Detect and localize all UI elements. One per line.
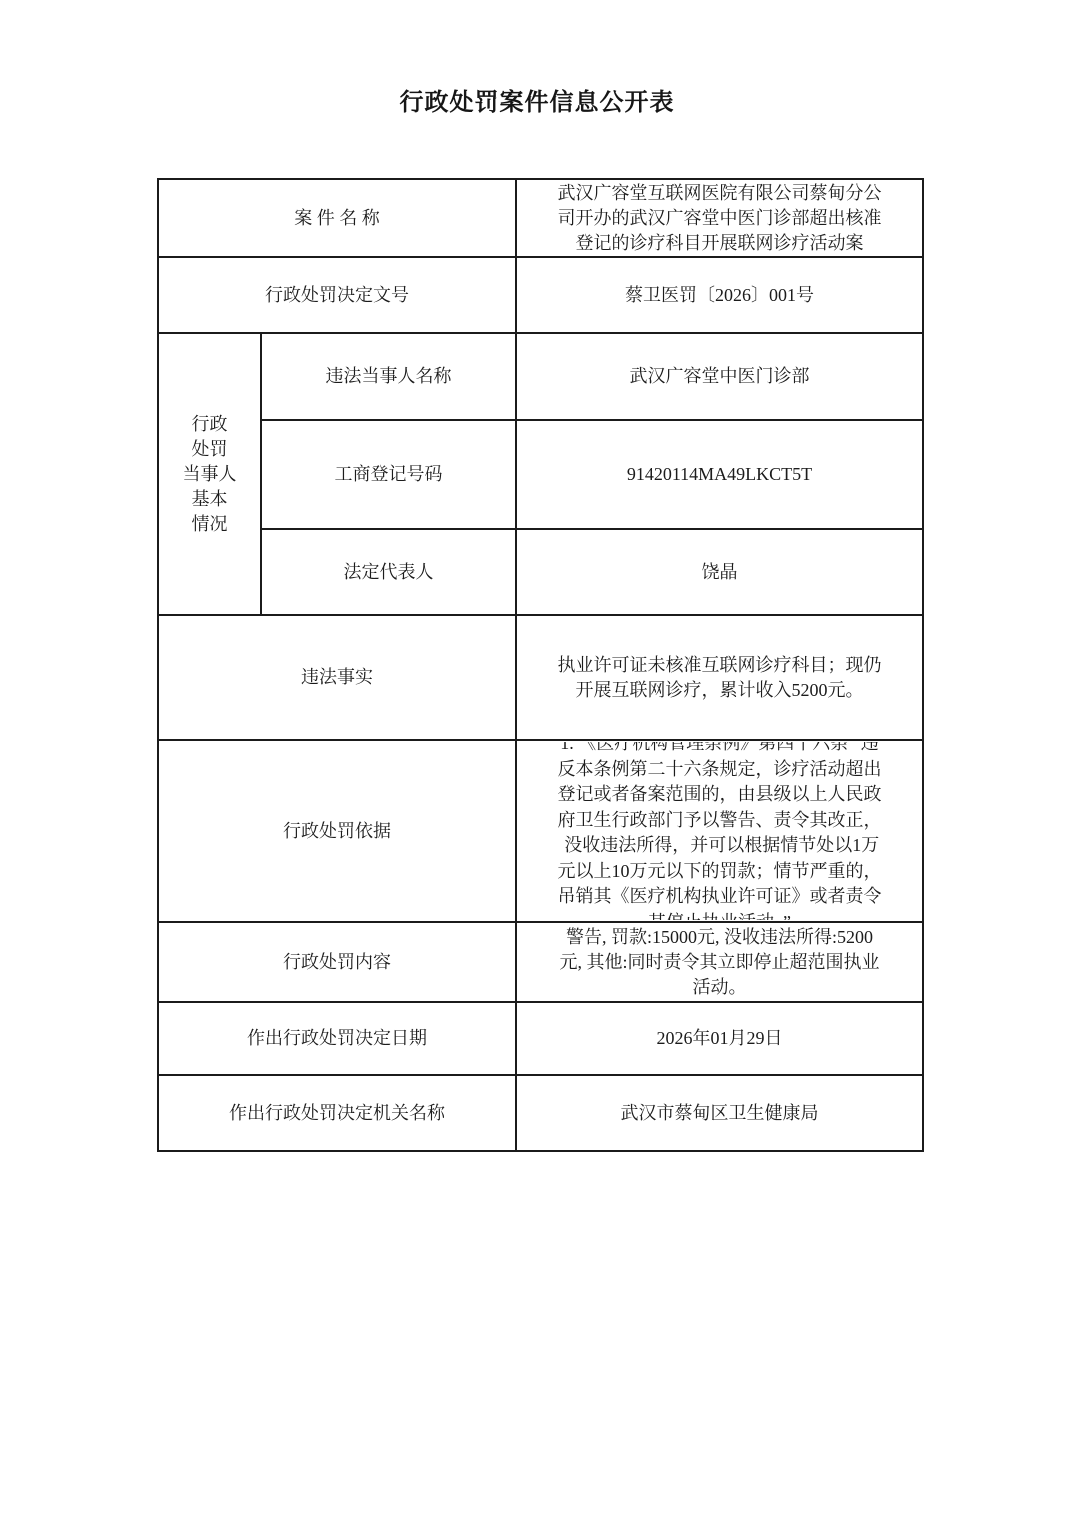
legal-rep-value: 饶晶 bbox=[516, 529, 923, 615]
party-name-label: 违法当事人名称 bbox=[261, 333, 516, 420]
table-row-decision-number: 行政处罚决定文号 蔡卫医罚〔2026〕001号 bbox=[158, 257, 923, 333]
table-row-illegal-facts: 违法事实 执业许可证未核准互联网诊疗科目；现仍 开展互联网诊疗，累计收入5200… bbox=[158, 615, 923, 740]
decision-authority-label: 作出行政处罚决定机关名称 bbox=[158, 1075, 516, 1151]
business-reg-no-value: 91420114MA49LKCT5T bbox=[516, 420, 923, 529]
penalty-info-table: 案 件 名 称 武汉广容堂互联网医院有限公司蔡甸分公 司开办的武汉广容堂中医门诊… bbox=[157, 178, 924, 1152]
penalty-content-value: 警告, 罚款:15000元, 没收违法所得:5200 元, 其他:同时责令其立即… bbox=[516, 922, 923, 1002]
penalty-basis-value: 1. 《医疗机构管理条例》第四十六条 “违 反本条例第二十六条规定，诊疗活动超出… bbox=[516, 740, 923, 922]
table-row-case-name: 案 件 名 称 武汉广容堂互联网医院有限公司蔡甸分公 司开办的武汉广容堂中医门诊… bbox=[158, 179, 923, 257]
illegal-facts-label: 违法事实 bbox=[158, 615, 516, 740]
table-row-decision-authority: 作出行政处罚决定机关名称 武汉市蔡甸区卫生健康局 bbox=[158, 1075, 923, 1151]
decision-date-value: 2026年01月29日 bbox=[516, 1002, 923, 1075]
case-name-value: 武汉广容堂互联网医院有限公司蔡甸分公 司开办的武汉广容堂中医门诊部超出核准 登记… bbox=[516, 179, 923, 257]
penalty-content-label: 行政处罚内容 bbox=[158, 922, 516, 1002]
page-title: 行政处罚案件信息公开表 bbox=[0, 82, 1074, 117]
illegal-facts-value: 执业许可证未核准互联网诊疗科目；现仍 开展互联网诊疗，累计收入5200元。 bbox=[516, 615, 923, 740]
case-name-label: 案 件 名 称 bbox=[158, 179, 516, 257]
document-page: 行政处罚案件信息公开表 案 件 名 称 武汉广容堂互联网医院有限公司蔡甸分公 司… bbox=[0, 0, 1074, 1520]
decision-date-label: 作出行政处罚决定日期 bbox=[158, 1002, 516, 1075]
table-row-penalty-basis: 行政处罚依据 1. 《医疗机构管理条例》第四十六条 “违 反本条例第二十六条规定… bbox=[158, 740, 923, 922]
legal-rep-label: 法定代表人 bbox=[261, 529, 516, 615]
decision-number-value: 蔡卫医罚〔2026〕001号 bbox=[516, 257, 923, 333]
penalty-basis-text: 1. 《医疗机构管理条例》第四十六条 “违 反本条例第二十六条规定，诊疗活动超出… bbox=[517, 742, 922, 920]
table-row-decision-date: 作出行政处罚决定日期 2026年01月29日 bbox=[158, 1002, 923, 1075]
penalty-basis-clip-box: 1. 《医疗机构管理条例》第四十六条 “违 反本条例第二十六条规定，诊疗活动超出… bbox=[517, 742, 922, 920]
decision-authority-value: 武汉市蔡甸区卫生健康局 bbox=[516, 1075, 923, 1151]
business-reg-no-label: 工商登记号码 bbox=[261, 420, 516, 529]
table-row-business-reg-no: 工商登记号码 91420114MA49LKCT5T bbox=[158, 420, 923, 529]
table-row-penalty-content: 行政处罚内容 警告, 罚款:15000元, 没收违法所得:5200 元, 其他:… bbox=[158, 922, 923, 1002]
table-row-legal-rep: 法定代表人 饶晶 bbox=[158, 529, 923, 615]
table-row-party-name: 行政 处罚 当事人 基本 情况 违法当事人名称 武汉广容堂中医门诊部 bbox=[158, 333, 923, 420]
decision-number-label: 行政处罚决定文号 bbox=[158, 257, 516, 333]
party-basic-info-group-label: 行政 处罚 当事人 基本 情况 bbox=[158, 333, 261, 615]
penalty-basis-label: 行政处罚依据 bbox=[158, 740, 516, 922]
party-name-value: 武汉广容堂中医门诊部 bbox=[516, 333, 923, 420]
